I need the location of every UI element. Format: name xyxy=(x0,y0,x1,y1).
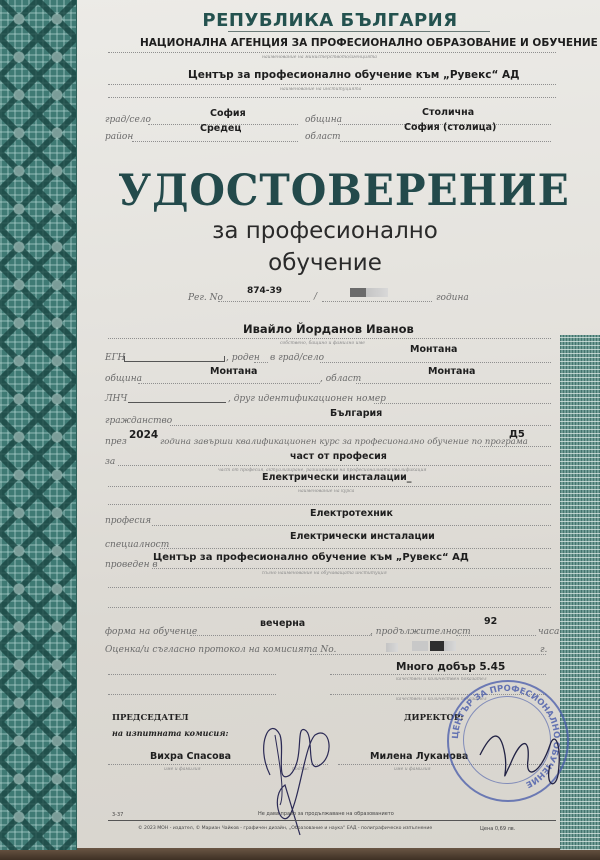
blank-course-line xyxy=(108,504,551,505)
table-surface xyxy=(0,848,600,860)
course-name-value: Електрически инсталации_ xyxy=(262,472,412,483)
person-municipality-label: община xyxy=(105,374,142,384)
municipality-label: община xyxy=(305,115,342,125)
chairman-sub-label: на изпитната комисия: xyxy=(112,728,228,738)
assessment-label: Оценка/и съгласно протокол на комисията … xyxy=(105,645,336,655)
citizenship-line xyxy=(170,425,551,426)
profession-line xyxy=(152,525,551,526)
chairman-caption: име и фамилия xyxy=(164,767,201,772)
blank-line xyxy=(108,97,556,98)
specialty-value: Електрически инсталации xyxy=(290,531,435,542)
footer-copyright: © 2023 МОН - издател, © Мариан Чайков - … xyxy=(138,826,432,831)
program-line xyxy=(480,446,551,447)
blank-line-2 xyxy=(108,587,551,588)
held-in-line xyxy=(152,568,551,569)
heading-rule xyxy=(228,31,490,32)
district-value: Средец xyxy=(200,123,241,134)
chairman-label: ПРЕДСЕДАТЕЛ xyxy=(112,713,189,723)
director-caption: име и фамилия xyxy=(394,767,431,772)
reg-line xyxy=(218,301,310,302)
person-municipality-line xyxy=(138,383,320,384)
assessment-line-left-2 xyxy=(108,694,276,695)
redacted-protocol-1 xyxy=(386,643,398,652)
holder-name: Ивайло Йорданов Иванов xyxy=(243,322,414,336)
egn-label: ЕГН xyxy=(105,353,125,363)
institution-caption: наименование на институцията xyxy=(280,87,361,92)
footer-price: Цена 0,69 лв. xyxy=(480,826,515,832)
program-value: Д5 xyxy=(509,429,525,440)
region-line xyxy=(340,141,551,142)
hours-label: часа xyxy=(538,627,559,637)
redacted-year xyxy=(350,288,366,297)
egn-box-right xyxy=(224,356,225,362)
person-region-line xyxy=(356,383,551,384)
name-caption: собствено, бащино и фамилно име xyxy=(280,341,365,346)
specialty-line xyxy=(160,548,551,549)
chairman-name: Вихра Спасова xyxy=(150,751,231,762)
citizenship-label: гражданство xyxy=(105,416,172,426)
year-line xyxy=(322,301,432,302)
birth-city-value: Монтана xyxy=(410,344,457,355)
reg-separator: / xyxy=(314,292,317,302)
lnch-label: ЛНЧ xyxy=(105,394,127,404)
document-subtitle-line1: за професионално xyxy=(0,218,600,244)
document-subtitle-line2: обучение xyxy=(0,250,600,276)
born-in-label: в град/село xyxy=(270,353,324,363)
assessment-line-left xyxy=(108,674,276,675)
footer-note: Не дава право за продължаване на образов… xyxy=(258,811,394,817)
decorative-ornament-band xyxy=(0,0,77,850)
held-in-value: Център за професионално обучение към „Ру… xyxy=(153,552,469,563)
duration-value: 92 xyxy=(484,616,497,627)
course-sentence: година завърши квалификационен курс за п… xyxy=(160,437,528,447)
form-line xyxy=(190,635,372,636)
director-signature xyxy=(470,705,570,795)
born-line xyxy=(254,362,268,363)
other-id-label: , друг идентификационен номер xyxy=(228,394,386,404)
redacted-protocol-2 xyxy=(412,641,428,651)
municipality-value: Столична xyxy=(422,107,474,118)
citizenship-value: България xyxy=(330,408,382,419)
birth-city-line xyxy=(320,362,551,363)
redacted-year-blur xyxy=(366,288,388,297)
region-label: област xyxy=(305,132,341,142)
agency-name: НАЦИОНАЛНА АГЕНЦИЯ ЗА ПРОФЕСИОНАЛНО ОБРА… xyxy=(140,37,598,49)
form-label: форма на обучение xyxy=(105,627,197,637)
country-heading: РЕПУБЛИКА БЪЛГАРИЯ xyxy=(0,10,600,31)
held-in-caption: пълно наименование на обучаващата инстит… xyxy=(262,571,387,576)
course-type-line xyxy=(118,465,551,466)
region-value: София (столица) xyxy=(404,122,496,133)
city-label: град/село xyxy=(105,115,151,125)
form-value: вечерна xyxy=(260,618,305,629)
course-prefix-label: през xyxy=(105,437,127,447)
course-type-value: част от професия xyxy=(290,451,387,462)
agency-line xyxy=(108,52,556,53)
grade-value: Много добър 5.45 xyxy=(396,661,505,673)
profession-label: професия xyxy=(105,516,151,526)
lnch-box xyxy=(128,402,226,403)
form-code: 3-37 xyxy=(112,812,123,818)
redacted-protocol-3 xyxy=(430,641,444,651)
footer-rule xyxy=(108,820,556,821)
held-in-label: проведен в xyxy=(105,560,158,570)
name-line xyxy=(108,338,551,339)
duration-line xyxy=(456,635,536,636)
blank-line-3 xyxy=(108,607,551,608)
district-line xyxy=(132,141,298,142)
for-label: за xyxy=(105,457,115,467)
district-label: район xyxy=(105,132,133,142)
redacted-protocol-4 xyxy=(444,641,456,651)
reg-number: 874-39 xyxy=(247,286,282,296)
egn-box-left xyxy=(124,356,125,362)
person-municipality-value: Монтана xyxy=(210,366,257,377)
protocol-line xyxy=(310,654,546,655)
course-name-line xyxy=(108,486,551,487)
course-name-caption: наименование на курса xyxy=(298,489,354,494)
agency-caption: наименование на министерството/агенцията xyxy=(262,55,377,60)
institution-line xyxy=(108,84,556,85)
person-region-value: Монтана xyxy=(428,366,475,377)
course-year-value: 2024 xyxy=(129,429,158,441)
assessment-year-suffix: г. xyxy=(540,645,547,655)
other-id-line xyxy=(374,403,551,404)
city-value: София xyxy=(210,108,246,119)
document-title: УДОСТОВЕРЕНИЕ xyxy=(118,166,570,216)
year-label: година xyxy=(436,293,469,303)
grade-line xyxy=(330,674,546,675)
egn-box xyxy=(124,361,224,362)
profession-value: Електротехник xyxy=(310,508,393,519)
institution-name: Център за професионално обучение към „Ру… xyxy=(188,69,520,81)
